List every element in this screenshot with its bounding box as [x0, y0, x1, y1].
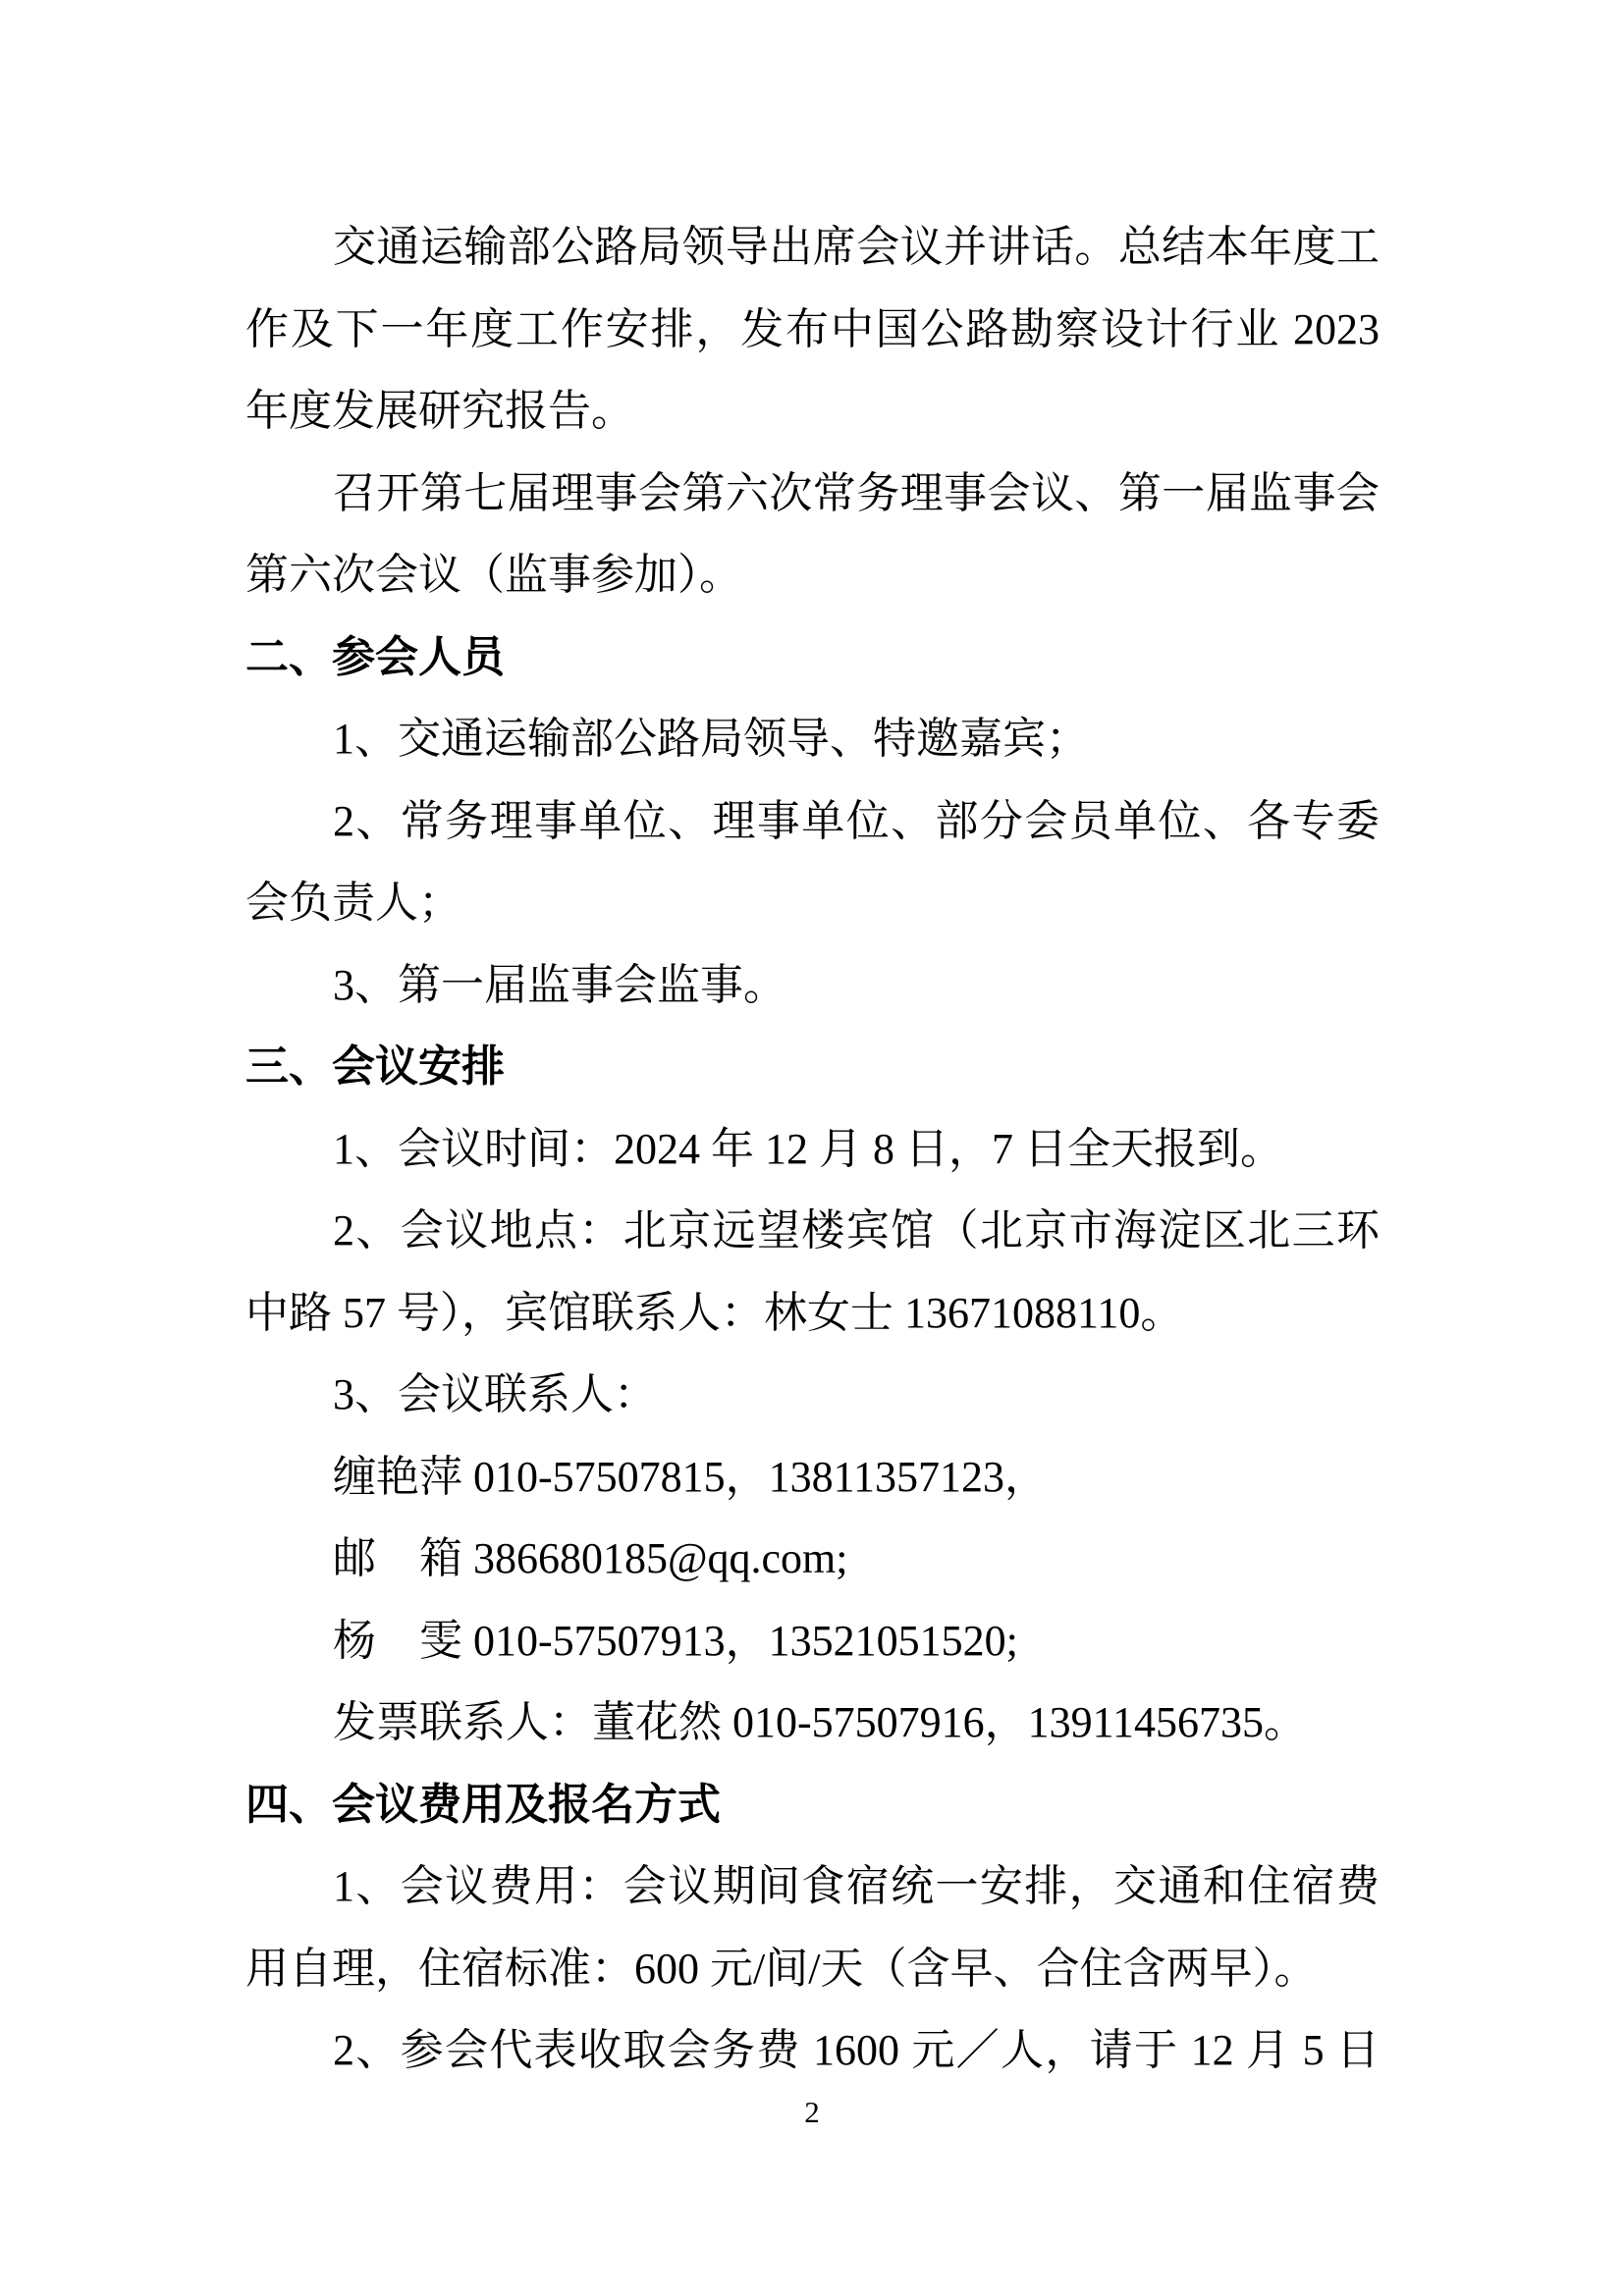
contact-line: 杨 雯 010-57507913，13521051520; [245, 1600, 1380, 1682]
document-body: 交通运输部公路局领导出席会议并讲话。总结本年度工 作及下一年度工作安排，发布中国… [245, 206, 1380, 2092]
section-heading-fees: 四、会议费用及报名方式 [245, 1764, 1380, 1846]
section-heading-schedule: 三、会议安排 [245, 1026, 1380, 1108]
body-line: 用自理，住宿标准：600 元/间/天（含早、合住含两早）。 [245, 1928, 1380, 2010]
section-heading-participants: 二、参会人员 [245, 616, 1380, 699]
body-line: 年度发展研究报告。 [245, 370, 1380, 453]
body-line: 交通运输部公路局领导出席会议并讲话。总结本年度工 [245, 206, 1380, 289]
body-line: 1、会议费用：会议期间食宿统一安排，交通和住宿费 [245, 1845, 1380, 1928]
body-line: 1、会议时间：2024 年 12 月 8 日，7 日全天报到。 [245, 1108, 1380, 1191]
page-number: 2 [0, 2093, 1624, 2132]
body-line: 3、第一届监事会监事。 [245, 944, 1380, 1027]
body-line: 2、参会代表收取会务费 1600 元／人，请于 12 月 5 日 [245, 2009, 1380, 2092]
body-line: 第六次会议（监事参加）。 [245, 534, 1380, 616]
body-line: 1、交通运输部公路局领导、特邀嘉宾； [245, 698, 1380, 780]
body-line: 作及下一年度工作安排，发布中国公路勘察设计行业 2023 [245, 289, 1380, 371]
body-line: 中路 57 号），宾馆联系人：林女士 13671088110。 [245, 1272, 1380, 1355]
body-line: 2、会议地点：北京远望楼宾馆（北京市海淀区北三环 [245, 1190, 1380, 1272]
body-line: 2、常务理事单位、理事单位、部分会员单位、各专委 [245, 780, 1380, 863]
body-line: 会负责人； [245, 862, 1380, 944]
contact-line: 发票联系人：董花然 010-57507916，13911456735。 [245, 1682, 1380, 1764]
body-line: 召开第七届理事会第六次常务理事会议、第一届监事会 [245, 453, 1380, 535]
contact-line: 邮 箱 386680185@qq.com; [245, 1518, 1380, 1600]
document-page: { "page": { "background_color": "#ffffff… [0, 0, 1624, 2296]
body-line: 3、会议联系人： [245, 1354, 1380, 1436]
contact-line: 缠艳萍 010-57507815，13811357123， [245, 1436, 1380, 1519]
